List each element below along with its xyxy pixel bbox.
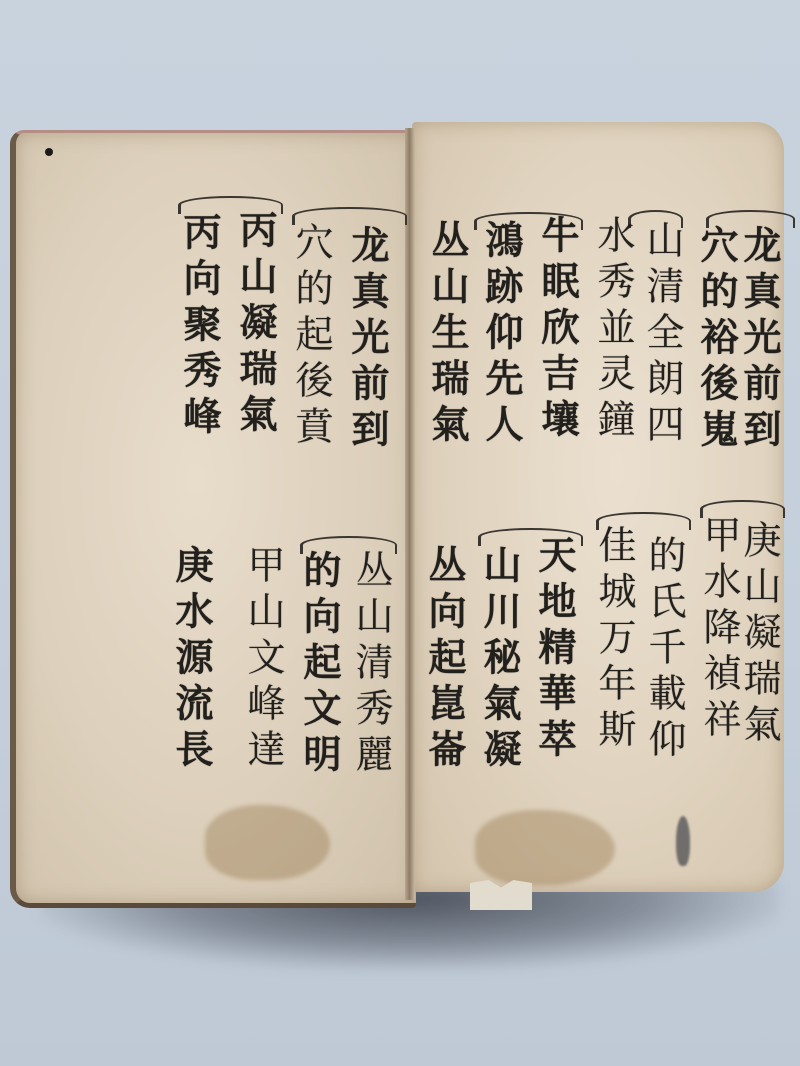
verse-column: 丙山凝瑞氣 [236,210,274,440]
verse-column: 牛眠欣吉壤 [538,215,576,445]
verse-column: 丛山清秀麗 [352,550,390,780]
verse-column: 鴻跡仰先人 [482,220,520,450]
verse-column: 庚水源流長 [172,545,210,775]
water-stain-left [205,805,330,880]
ink-blot [676,816,690,866]
verse-column: 龙真光前到 [348,225,386,455]
verse-column: 天地精華萃 [535,535,573,765]
verse-column: 丛山生瑞氣 [428,220,466,450]
verse-column: 穴的起後賁 [292,222,330,452]
verse-column: 山川秘氣凝 [480,545,518,775]
manuscript-photo: 龙真光前到 穴的裕後嵬 山清全朗四 水秀並灵鐘 牛眠欣吉壤 鴻跡仰先人 丛山生瑞… [0,0,800,1066]
water-stain-right [475,810,615,885]
verse-column: 的氏千載仰 [645,535,683,765]
binding-hole [45,148,53,156]
verse-column: 穴的裕後嵬 [697,225,735,455]
verse-column: 甲水降禎祥 [700,515,738,745]
verse-column: 的向起文明 [300,550,338,780]
verse-column: 水秀並灵鐘 [594,215,632,445]
verse-column: 佳城万年斯 [595,525,633,755]
verse-column: 山清全朗四 [643,220,681,450]
verse-column: 丛向起崑崙 [425,545,463,775]
verse-column: 甲山文峰達 [244,545,282,775]
verse-column: 龙真光前到 [740,225,778,455]
book-spine-gutter [405,128,415,900]
verse-column: 庚山凝瑞氣 [740,520,778,750]
verse-column: 丙向聚秀峰 [180,212,218,442]
